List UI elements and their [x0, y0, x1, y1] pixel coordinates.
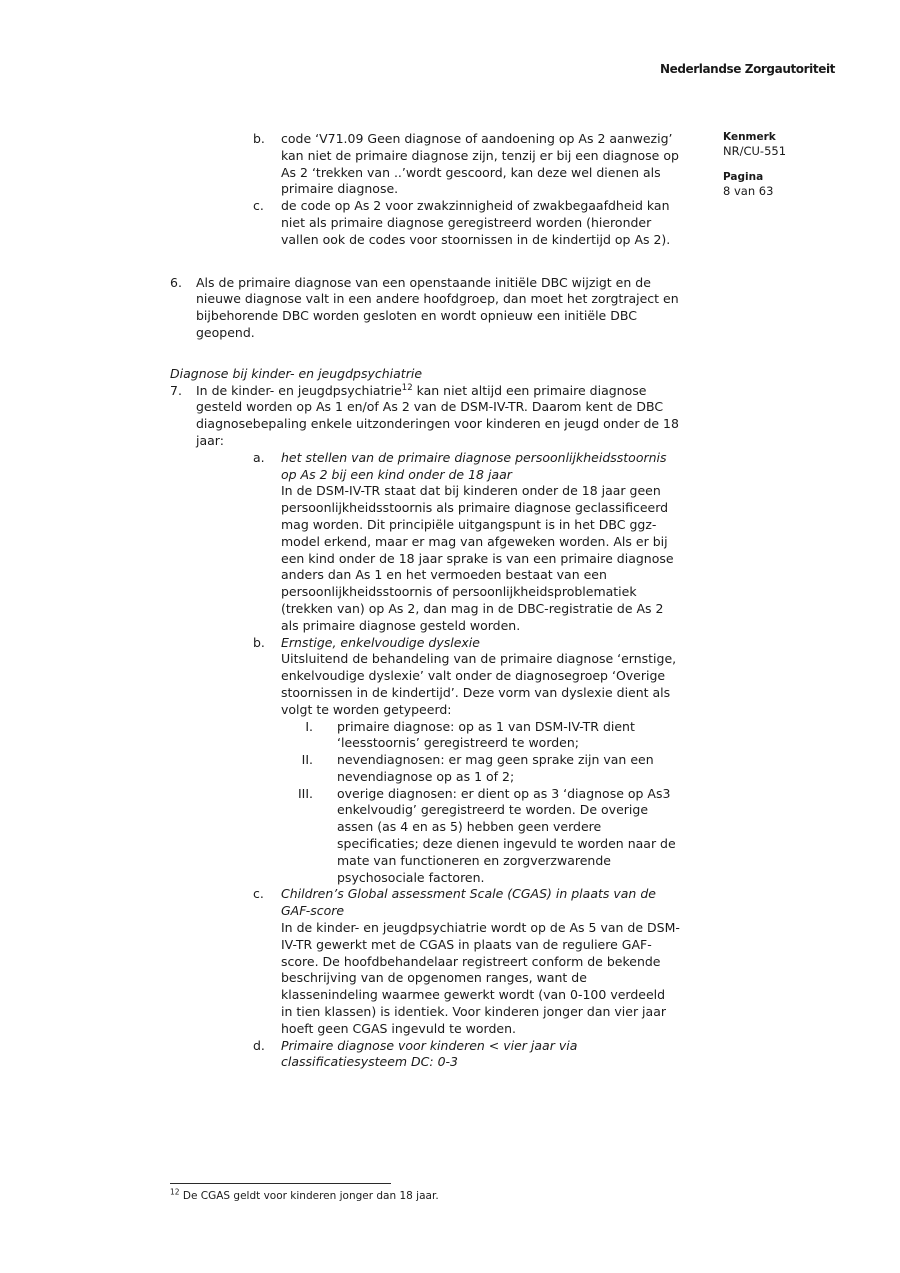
pagina-label: Pagina: [723, 171, 873, 184]
sub-item-heading: Ernstige, enkelvoudige dyslexie: [281, 635, 680, 652]
roman-item-2: II. nevendiagnosen: er mag geen sprake z…: [170, 752, 680, 786]
pagina-group: Pagina 8 van 63: [723, 171, 873, 198]
text-segment: In de kinder- en jeugdpsychiatrie: [196, 383, 402, 398]
list-marker: a.: [253, 450, 265, 467]
sub-item-c: c. Children’s Global assessment Scale (C…: [170, 886, 680, 1037]
list-item-6: 6. Als de primaire diagnose van een open…: [170, 275, 680, 342]
sub-item-heading: Primaire diagnose voor kinderen < vier j…: [281, 1038, 680, 1072]
footnote-text: 12 De CGAS geldt voor kinderen jonger da…: [170, 1189, 590, 1203]
roman-item-text: nevendiagnosen: er mag geen sprake zijn …: [337, 752, 680, 786]
footnote-divider: [170, 1183, 391, 1184]
sub-item-text: In de kinder- en jeugdpsychiatrie wordt …: [281, 920, 680, 1038]
roman-item-text: primaire diagnose: op as 1 van DSM-IV-TR…: [337, 719, 680, 753]
nza-logo: Nederlandse Zorgautoriteit: [660, 62, 835, 76]
roman-item-1: I. primaire diagnose: op as 1 van DSM-IV…: [170, 719, 680, 753]
list-item-text: In de kinder- en jeugdpsychiatrie12 kan …: [196, 383, 680, 450]
list-marker: 6.: [170, 275, 182, 292]
list-marker: d.: [253, 1038, 265, 1055]
kenmerk-value: NR/CU-551: [723, 144, 873, 158]
pagina-value: 8 van 63: [723, 184, 873, 198]
sub-item-text: Uitsluitend de behandeling van de primai…: [281, 651, 680, 718]
footnote: 12 De CGAS geldt voor kinderen jonger da…: [170, 1183, 590, 1203]
sub-item-b: b. Ernstige, enkelvoudige dyslexie Uitsl…: [170, 635, 680, 719]
list-item-text: Als de primaire diagnose van een opensta…: [196, 275, 680, 342]
list-marker: 7.: [170, 383, 182, 400]
list-marker: c.: [253, 886, 264, 903]
list-item-text: code ‘V71.09 Geen diagnose of aandoening…: [281, 131, 680, 198]
sub-item-heading: het stellen van de primaire diagnose per…: [281, 450, 680, 484]
footnote-ref-superscript: 12: [402, 382, 413, 392]
list-marker: I.: [282, 719, 313, 736]
sub-item-d: d. Primaire diagnose voor kinderen < vie…: [170, 1038, 680, 1072]
list-item-b-top: b. code ‘V71.09 Geen diagnose of aandoen…: [170, 131, 680, 198]
kenmerk-label: Kenmerk: [723, 131, 873, 144]
list-marker: b.: [253, 131, 265, 148]
document-meta-sidebar: Kenmerk NR/CU-551 Pagina 8 van 63: [723, 131, 873, 198]
document-body: b. code ‘V71.09 Geen diagnose of aandoen…: [170, 131, 680, 1071]
kenmerk-group: Kenmerk NR/CU-551: [723, 131, 873, 158]
document-page: { "page": { "background": "#ffffff", "te…: [0, 0, 900, 1273]
list-marker: III.: [282, 786, 313, 803]
sub-item-a: a. het stellen van de primaire diagnose …: [170, 450, 680, 635]
list-item-c-top: c. de code op As 2 voor zwakzinnigheid o…: [170, 198, 680, 248]
list-item-7: 7. In de kinder- en jeugdpsychiatrie12 k…: [170, 383, 680, 450]
list-marker: II.: [282, 752, 313, 769]
roman-item-3: III. overige diagnosen: er dient op as 3…: [170, 786, 680, 887]
list-marker: c.: [253, 198, 264, 215]
footnote-number: 12: [170, 1188, 180, 1197]
sub-item-text: In de DSM-IV-TR staat dat bij kinderen o…: [281, 483, 680, 634]
list-item-text: de code op As 2 voor zwakzinnigheid of z…: [281, 198, 680, 248]
sub-item-heading: Children’s Global assessment Scale (CGAS…: [281, 886, 680, 920]
list-marker: b.: [253, 635, 265, 652]
roman-item-text: overige diagnosen: er dient op as 3 ‘dia…: [337, 786, 680, 887]
footnote-body: De CGAS geldt voor kinderen jonger dan 1…: [180, 1190, 439, 1202]
section-heading: Diagnose bij kinder- en jeugdpsychiatrie: [170, 366, 680, 383]
